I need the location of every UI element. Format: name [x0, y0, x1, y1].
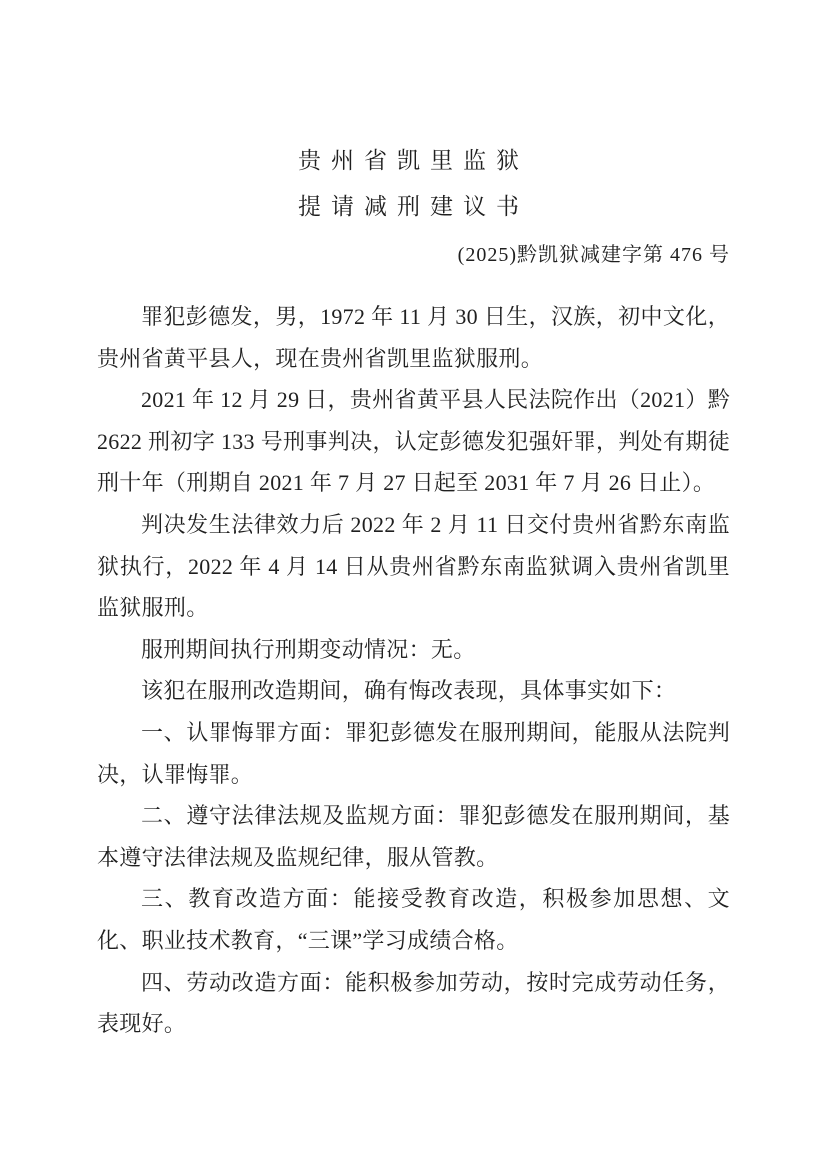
body-paragraph: 三、教育改造方面：能接受教育改造，积极参加思想、文化、职业技术教育，“三课”学习… — [97, 878, 730, 961]
body-paragraph: 2021 年 12 月 29 日，贵州省黄平县人民法院作出（2021）黔 262… — [97, 379, 730, 504]
document-body: 罪犯彭德发，男，1972 年 11 月 30 日生，汉族，初中文化，贵州省黄平县… — [97, 296, 730, 1045]
document-page: 贵州省凯里监狱 提请减刑建议书 (2025)黔凯狱减建字第 476 号 罪犯彭德… — [0, 0, 827, 1169]
body-paragraph: 判决发生法律效力后 2022 年 2 月 11 日交付贵州省黔东南监狱执行，20… — [97, 504, 730, 629]
document-title-line2: 提请减刑建议书 — [97, 184, 730, 230]
body-paragraph: 二、遵守法律法规及监规方面：罪犯彭德发在服刑期间，基本遵守法律法规及监规纪律，服… — [97, 795, 730, 878]
document-title-block: 贵州省凯里监狱 提请减刑建议书 — [97, 138, 730, 230]
body-paragraph: 一、认罪悔罪方面：罪犯彭德发在服刑期间，能服从法院判决，认罪悔罪。 — [97, 712, 730, 795]
body-paragraph: 四、劳动改造方面：能积极参加劳动，按时完成劳动任务，表现好。 — [97, 962, 730, 1045]
body-paragraph: 该犯在服刑改造期间，确有悔改表现，具体事实如下： — [97, 670, 730, 712]
document-content: 贵州省凯里监狱 提请减刑建议书 (2025)黔凯狱减建字第 476 号 罪犯彭德… — [97, 0, 730, 1045]
document-number: (2025)黔凯狱减建字第 476 号 — [97, 240, 730, 270]
body-paragraph: 服刑期间执行刑期变动情况：无。 — [97, 629, 730, 671]
document-title-line1: 贵州省凯里监狱 — [97, 138, 730, 184]
body-paragraph: 罪犯彭德发，男，1972 年 11 月 30 日生，汉族，初中文化，贵州省黄平县… — [97, 296, 730, 379]
